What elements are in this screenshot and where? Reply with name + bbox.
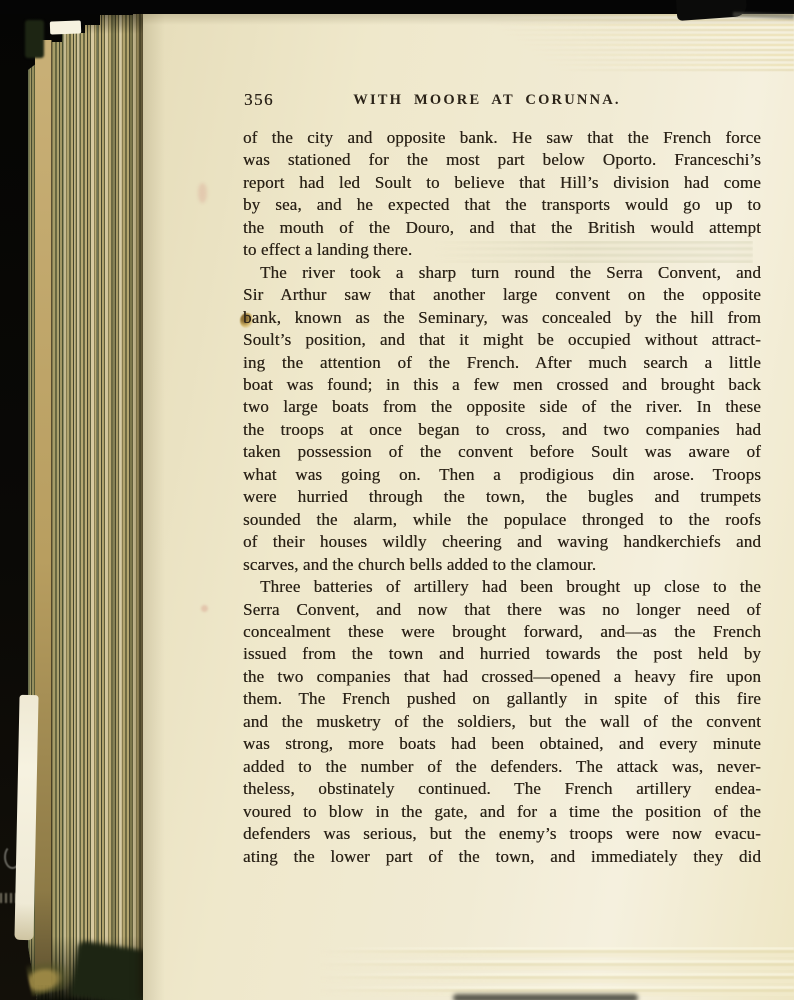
paragraph: of the city and opposite bank. He saw th… [243, 127, 761, 262]
text-line: of their houses wildly cheering and wavi… [243, 531, 761, 553]
text-line: sounded the alarm, while the populace th… [243, 509, 761, 531]
text-line: the two companies that had crossed—opene… [243, 666, 761, 688]
text-line: of the city and opposite bank. He saw th… [243, 127, 761, 149]
cover-board-edge [35, 40, 52, 985]
text-line: the troops at once began to cross, and t… [243, 419, 761, 441]
text-line: Sir Arthur saw that another large conven… [243, 284, 761, 306]
text-line: what was going on. Then a prodigious din… [243, 464, 761, 486]
bottom-shadow-sliver [453, 994, 638, 1000]
text-line: Soult’s position, and that it might be o… [243, 329, 761, 351]
page-header: 356 WITH MOORE AT CORUNNA. [243, 90, 761, 114]
text-line: theless, obstinately continued. The Fren… [243, 778, 761, 800]
backdrop-top-band [0, 0, 794, 14]
text-line: was strong, more boats had been obtained… [243, 733, 761, 755]
book-page: 356 WITH MOORE AT CORUNNA. of the city a… [143, 13, 794, 1000]
page-edge-glimpse-top [50, 20, 81, 34]
text-line: added to the number of the defenders. Th… [243, 756, 761, 778]
text-line: were hurried through the town, the bugle… [243, 486, 761, 508]
text-line: two large boats from the opposite side o… [243, 396, 761, 418]
text-line: report had led Soult to believe that Hil… [243, 172, 761, 194]
margin-stain [198, 183, 207, 203]
text-line: issued from the town and hurried towards… [243, 643, 761, 665]
text-line: voured to blow in the gate, and for a ti… [243, 801, 761, 823]
paragraph: The river took a sharp turn round the Se… [243, 262, 761, 576]
text-line: concealment these were brought forward, … [243, 621, 761, 643]
text-line: Three batteries of artillery had been br… [243, 576, 761, 598]
text-line: taken possession of the convent before S… [243, 441, 761, 463]
margin-stain [201, 605, 208, 612]
text-line: them. The French pushed on gallantly in … [243, 688, 761, 710]
cover-corner-top [25, 20, 44, 58]
paragraph: Three batteries of artillery had been br… [243, 576, 761, 868]
text-line: scarves, and the church bells added to t… [243, 554, 761, 576]
text-line: to effect a landing there. [243, 239, 761, 261]
text-line: defenders was serious, but the enemy’s t… [243, 823, 761, 845]
text-line: ing the attention of the French. After m… [243, 352, 761, 374]
text-line: the mouth of the Douro, and that the Bri… [243, 217, 761, 239]
text-line: ating the lower part of the town, and im… [243, 846, 761, 868]
running-title: WITH MOORE AT CORUNNA. [228, 92, 746, 109]
page-body: of the city and opposite bank. He saw th… [243, 127, 761, 868]
page-top-edge-streaks [433, 14, 794, 72]
book-photo-scan: 356 WITH MOORE AT CORUNNA. of the city a… [0, 0, 794, 1000]
text-line: was stationed for the most part below Op… [243, 149, 761, 171]
text-line: by sea, and he expected that the transpo… [243, 194, 761, 216]
text-line: bank, known as the Seminary, was conceal… [243, 307, 761, 329]
page-bottom-edge-streaks [318, 947, 794, 997]
text-line: Serra Convent, and now that there was no… [243, 599, 761, 621]
text-line: The river took a sharp turn round the Se… [243, 262, 761, 284]
text-line: boat was found; in this a few men crosse… [243, 374, 761, 396]
text-line: and the musketry of the soldiers, but th… [243, 711, 761, 733]
